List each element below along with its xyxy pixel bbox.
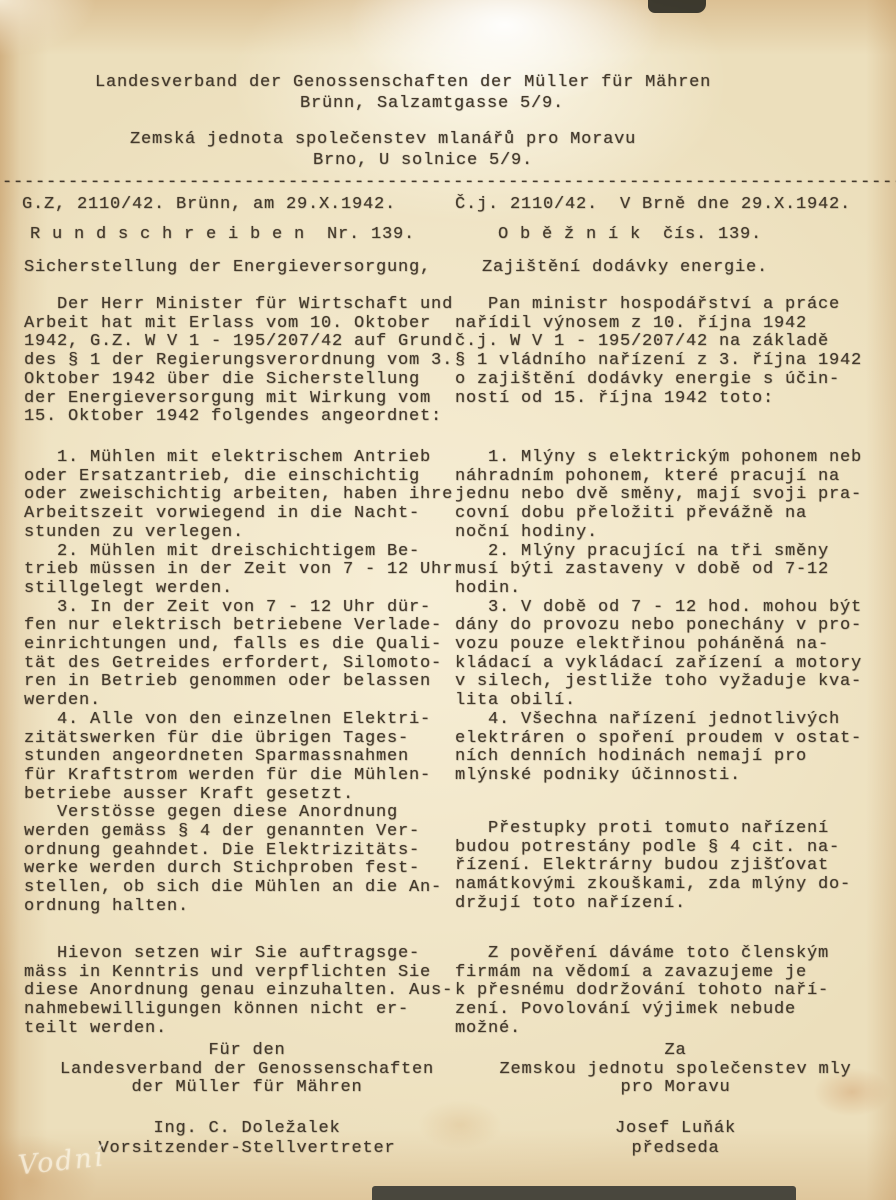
german-signature-org: Für den Landesverband der Genossenschaft… xyxy=(24,1042,470,1098)
czech-signer-name: Josef Luňák xyxy=(455,1120,896,1139)
german-intro-paragraph: Der Herr Minister für Wirtschaft und Arb… xyxy=(24,296,470,427)
reference-number-german: G.Z, 2110/42. Brünn, am 29.X.1942. xyxy=(22,196,396,215)
subject-line-german: Sicherstellung der Energieversorgung, xyxy=(24,259,431,278)
scan-artifact-top xyxy=(648,0,706,13)
german-numbered-items: 1. Mühlen mit elektrischem Antrieb oder … xyxy=(24,449,470,917)
german-closing-paragraph: Hievon setzen wir Sie auftragsge- mäss i… xyxy=(24,945,470,1039)
org-name-german: Landesverband der Genossenschaften der M… xyxy=(95,74,711,93)
czech-penalties-paragraph: Přestupky proti tomuto nařízení budou po… xyxy=(455,820,896,914)
circular-title-czech: O b ě ž n í k čís. 139. xyxy=(498,226,762,245)
german-signer-name: Ing. C. Doležalek xyxy=(24,1120,470,1139)
dashed-separator: ----------------------------------------… xyxy=(2,174,896,193)
org-name-czech: Zemská jednota společenstev mlanářů pro … xyxy=(130,131,636,150)
document-page: Landesverband der Genossenschaften der M… xyxy=(0,0,896,1200)
czech-numbered-items: 1. Mlýny s elektrickým pohonem neb náhra… xyxy=(455,449,896,786)
org-address-german: Brünn, Salzamtgasse 5/9. xyxy=(300,95,564,114)
subject-line-czech: Zajištění dodávky energie. xyxy=(482,259,768,278)
czech-intro-paragraph: Pan ministr hospodářství a práce nařídil… xyxy=(455,296,896,408)
circular-title-german: R u n d s c h r e i b e n Nr. 139. xyxy=(30,226,415,245)
scan-artifact-bottom xyxy=(372,1186,796,1200)
czech-closing-paragraph: Z pověření dáváme toto členským firmám n… xyxy=(455,945,896,1039)
czech-signer-role: předseda xyxy=(455,1140,896,1159)
org-address-czech: Brno, U solnice 5/9. xyxy=(313,152,533,171)
czech-signature-org: Za Zemskou jednotu společenstev mly pro … xyxy=(455,1042,896,1098)
reference-number-czech: Č.j. 2110/42. V Brně dne 29.X.1942. xyxy=(455,196,851,215)
